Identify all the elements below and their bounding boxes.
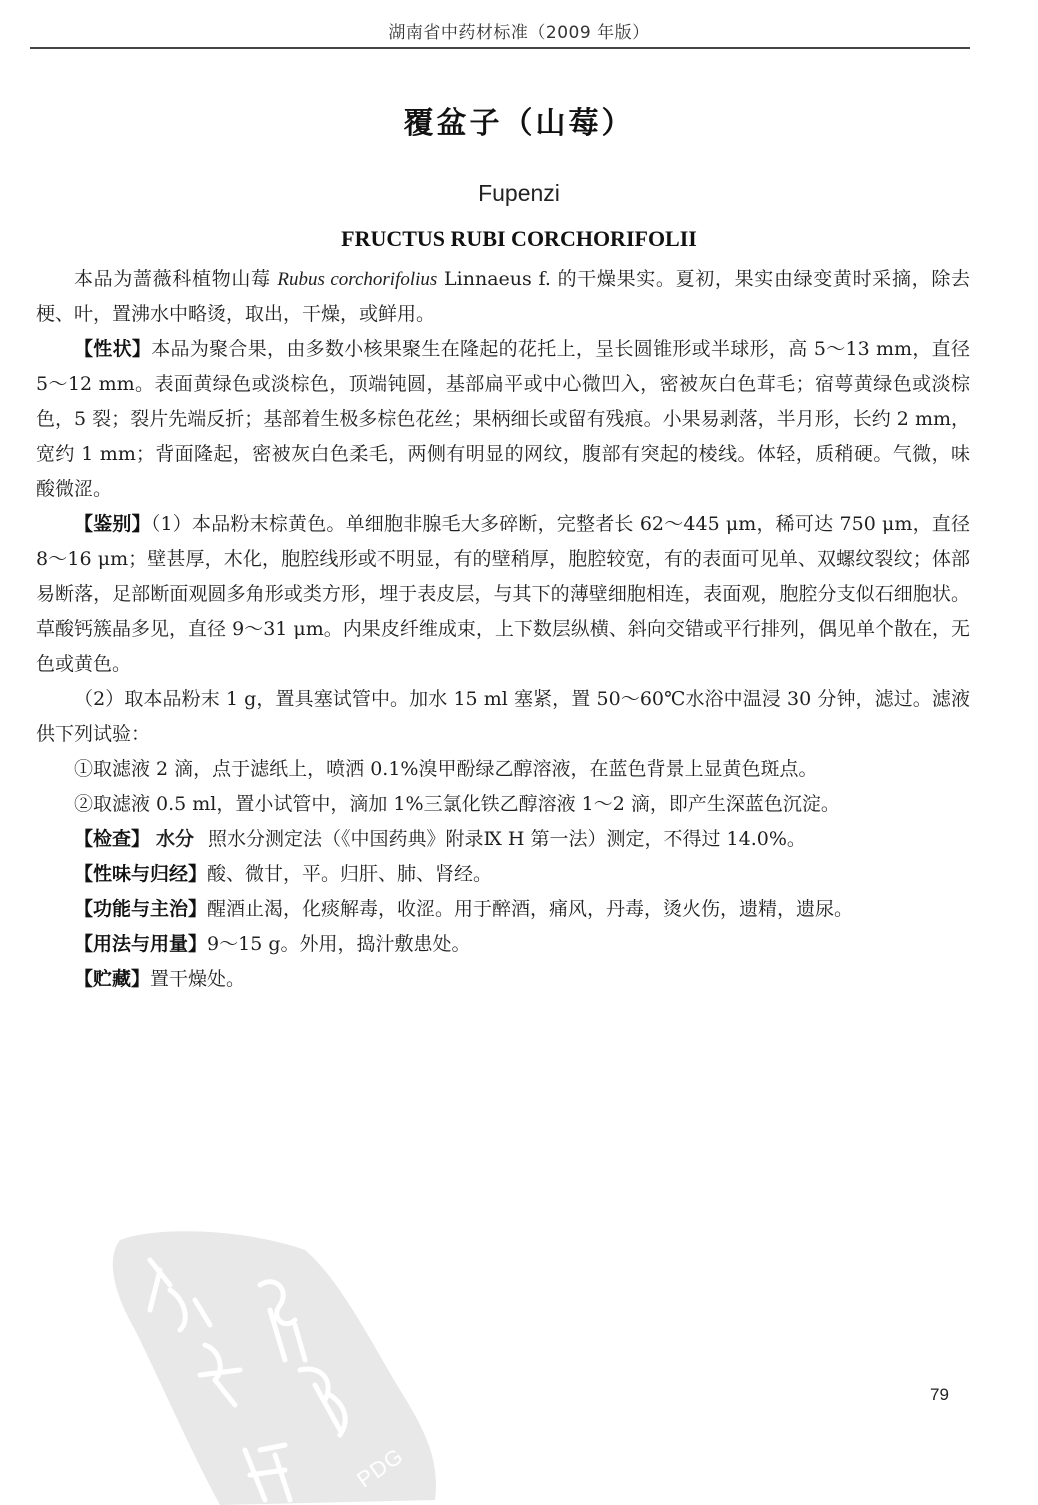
section-label: 【功能与主治】 [74,898,207,920]
section-sublabel: 水分 [156,828,194,850]
section-text: 酸、微甘，平。归肝、肺、肾经。 [207,863,492,885]
section-label: 【用法与用量】 [74,933,207,955]
section-text: 本品为聚合果，由多数小核果聚生在隆起的花托上，呈长圆锥形或半球形，高 5～13 … [36,338,970,500]
monograph-body: 本品为蔷薇科植物山莓 Rubus corchorifolius Linnaeus… [36,262,970,997]
section-label: 【检查】 [74,828,150,850]
identification-test-2: ②取滤液 0.5 ml，置小试管中，滴加 1%三氯化铁乙醇溶液 1～2 滴，即产… [36,787,970,822]
section-function-indication: 【功能与主治】醒酒止渴，化痰解毒，收涩。用于醉酒，痛风，丹毒，烫火伤，遗精，遗尿… [36,892,970,927]
identification-item-2: （2）取本品粉末 1 g，置具塞试管中。加水 15 ml 塞紧，置 50～60℃… [36,682,970,752]
section-usage-dosage: 【用法与用量】9～15 g。外用，捣汁敷患处。 [36,927,970,962]
page-number: 79 [930,1385,949,1405]
section-text: 照水分测定法（《中国药典》附录Ⅸ H 第一法）测定，不得过 14.0%。 [208,828,806,850]
running-header: 湖南省中药材标准（2009 年版） [0,18,1038,43]
section-label: 【性状】 [74,338,151,360]
section-label: 【鉴别】 [74,513,151,535]
section-text: 9～15 g。外用，捣汁敷患处。 [207,933,470,955]
section-text: 醒酒止渴，化痰解毒，收涩。用于醉酒，痛风，丹毒，烫火伤，遗精，遗尿。 [207,898,853,920]
section-text: （1）本品粉末棕黄色。单细胞非腺毛大多碎断，完整者长 62～445 μm，稀可达… [36,513,970,675]
latin-title: FRUCTUS RUBI CORCHORIFOLII [0,226,1038,252]
header-rule [30,47,970,49]
section-identification: 【鉴别】（1）本品粉末棕黄色。单细胞非腺毛大多碎断，完整者长 62～445 μm… [36,507,970,682]
watermark-label: PDG [352,1443,408,1493]
intro-paragraph: 本品为蔷薇科植物山莓 Rubus corchorifolius Linnaeus… [36,262,970,332]
page-title: 覆盆子（山莓） [0,98,1038,142]
section-property-meridian: 【性味与归经】酸、微甘，平。归肝、肺、肾经。 [36,857,970,892]
section-label: 【性味与归经】 [74,863,207,885]
section-characters: 【性状】本品为聚合果，由多数小核果聚生在隆起的花托上，呈长圆锥形或半球形，高 5… [36,332,970,507]
section-label: 【贮藏】 [74,968,150,990]
identification-test-1: ①取滤液 2 滴，点于滤纸上，喷洒 0.1%溴甲酚绿乙醇溶液，在蓝色背景上显黄色… [36,752,970,787]
section-inspection: 【检查】水分照水分测定法（《中国药典》附录Ⅸ H 第一法）测定，不得过 14.0… [36,822,970,857]
seal-watermark-icon [100,1200,460,1505]
section-storage: 【贮藏】置干燥处。 [36,962,970,997]
pinyin-title: Fupenzi [0,180,1038,207]
section-text: 置干燥处。 [150,968,245,990]
latin-species-name: Rubus corchorifolius [277,269,437,290]
